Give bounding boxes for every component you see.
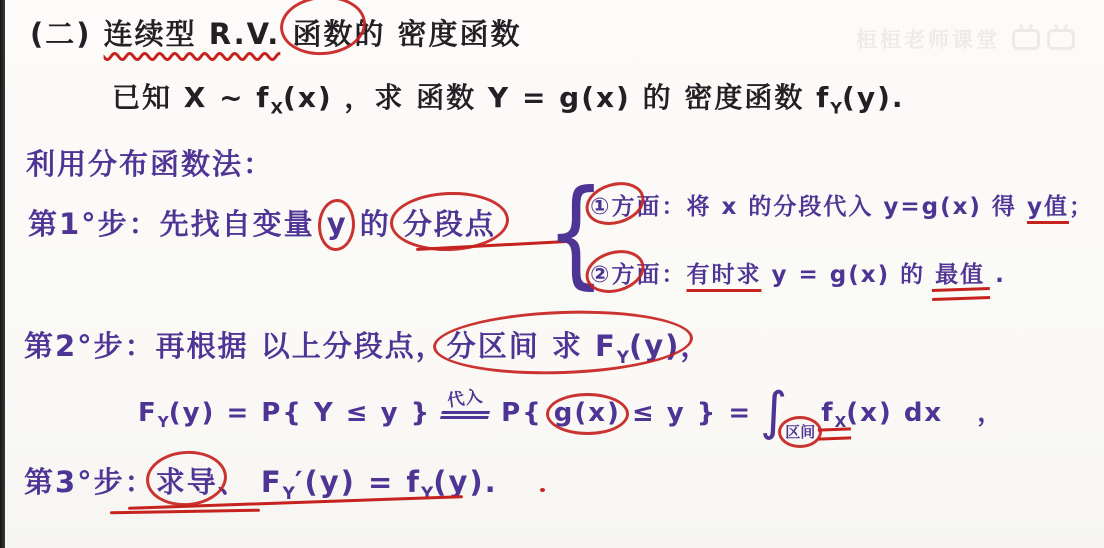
circled-aspect2: ②方 — [590, 256, 636, 289]
circled-interval-cdf: 分区间 求 FY(y) — [447, 324, 681, 365]
title-circled-word: 函数 — [292, 12, 354, 53]
watermark: 桓桓老师课堂 — [856, 24, 1075, 54]
step1-line: 第1°步：先找自变量 y 的 分段点 — [28, 202, 496, 243]
substitute-label: 代入 — [446, 382, 485, 412]
bilibili-logo-icon — [1012, 29, 1075, 50]
title-wavy-underlined: 连续型 R.V. — [104, 17, 281, 51]
trailing-comma: ， — [977, 398, 1005, 428]
left-edge-strip — [0, 0, 5, 548]
double-underlined-density: fX — [821, 398, 846, 428]
step2-line: 第2°步：再根据 以上分段点，分区间 求 FY(y)， — [24, 324, 711, 365]
integral-with-region: ∫区间 — [760, 398, 819, 428]
circled-breakpoints: 分段点 — [403, 202, 496, 243]
method-heading: 利用分布函数法： — [26, 142, 274, 183]
circled-gx: g(x) — [554, 398, 621, 428]
circled-region-subscript: 区间 — [785, 421, 815, 442]
double-equals-mark — [440, 411, 490, 419]
circled-y: y — [327, 207, 348, 241]
handwritten-note-page: 桓桓老师课堂 (二) 连续型 R.V. 函数的 密度函数 已知 X ~ fX(x… — [0, 0, 1104, 548]
tv-icon — [1047, 29, 1075, 50]
substitute-over-equals: 代入 — [441, 384, 489, 419]
title-suffix: 的 密度函数 — [354, 17, 521, 51]
title-prefix: (二) — [30, 17, 104, 51]
watermark-text: 桓桓老师课堂 — [856, 24, 1000, 54]
red-dot-annotation — [540, 488, 545, 492]
aspect2-line: ②方面：有时求 y = g(x) 的 最值 . — [590, 256, 1006, 289]
circled-differentiate: 求导 — [156, 460, 218, 501]
underlined-sometimes: 有时求 — [686, 262, 761, 288]
double-underlined-extremum: 最值 — [935, 262, 985, 288]
given-statement: 已知 X ~ fX(x) ，求 函数 Y = g(x) 的 密度函数 fY(y)… — [112, 76, 905, 116]
underlined-y-value: y值 — [1027, 194, 1069, 220]
cdf-formula-line: FY(y) = P{ Y ≤ y }代入P{ g(x) ≤ y } =∫区间fX… — [138, 392, 1005, 431]
section-title: (二) 连续型 R.V. 函数的 密度函数 — [30, 12, 522, 53]
step3-line: 第3°步：求导、 FY′(y) = fY(y). — [24, 460, 498, 501]
circled-aspect1: ①方 — [590, 188, 636, 221]
tv-icon — [1012, 29, 1040, 50]
aspect1-line: ①方面：将 x 的分段代入 y=g(x) 得 y值； — [590, 188, 1094, 221]
